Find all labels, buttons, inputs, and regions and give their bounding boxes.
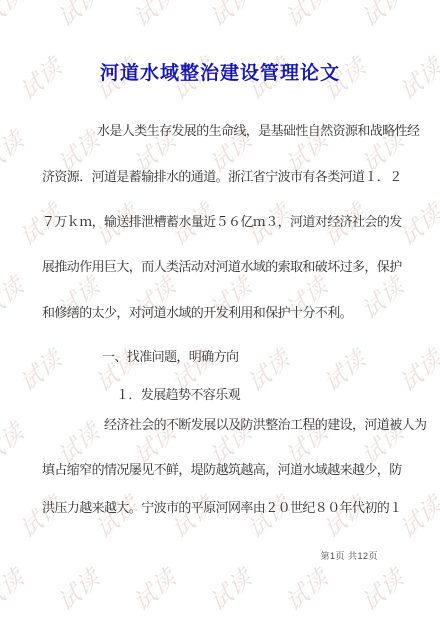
watermark-text: 试读 [0, 413, 29, 473]
watermark-text: 试读 [127, 0, 181, 34]
body-line: ７万ｋｍ，输送排泄槽蓄水量近５６亿ｍ３，河道对经济社会的发 [42, 211, 404, 230]
watermark-text: 试读 [431, 559, 440, 619]
watermark-text: 试读 [355, 559, 409, 619]
body-line: 展推动作用巨大，而人类活动对河道水域的索取和破坏过多，保护 [42, 256, 404, 275]
sub-heading: １．发展趋势不容乐观 [42, 384, 440, 403]
watermark-text: 试读 [203, 559, 257, 619]
body-line: 填占缩窄的情况屡见不鲜，堤防越筑越高，河道水域越来越少，防 [42, 459, 404, 478]
body-line: 水是人类生存发展的生命线，是基础性自然资源和战略性经 [42, 120, 440, 139]
watermark-text: 试读 [279, 559, 333, 619]
watermark-text: 试读 [51, 0, 105, 34]
body-line: 经济社会的不断发展以及防洪整治工程的建设，河道被人为 [42, 414, 440, 433]
watermark-text: 试读 [279, 0, 333, 34]
body-line: 洪压力越来越大。宁波市的平原河网率由２０世纪８０年代初的１ [42, 497, 404, 516]
page-footer: 第1页 共12页 [320, 549, 378, 562]
document-page: 试读试读试读试读试读试读试读试读试读试读试读试读试读试读试读试读试读试读试读试读… [0, 0, 440, 620]
body-line: 和修缮的太少，对河道水域的开发利用和保护十分不利。 [42, 302, 404, 321]
watermark-text: 试读 [0, 121, 29, 181]
body-line: 济资源．河道是蓄输排水的通道。浙江省宁波市有各类河道１．２ [42, 166, 404, 185]
watermark-text: 试读 [0, 267, 29, 327]
watermark-text: 试读 [0, 0, 29, 34]
document-title: 河道水域整治建设管理论文 [0, 58, 440, 85]
watermark-text: 试读 [355, 0, 409, 34]
watermark-text: 试读 [0, 559, 29, 619]
watermark-text: 试读 [51, 559, 105, 619]
watermark-text: 试读 [431, 267, 440, 327]
section-heading: 一、找准问题，明确方向 [42, 346, 440, 365]
watermark-text: 试读 [431, 0, 440, 34]
watermark-text: 试读 [203, 0, 257, 34]
watermark-text: 试读 [127, 559, 181, 619]
